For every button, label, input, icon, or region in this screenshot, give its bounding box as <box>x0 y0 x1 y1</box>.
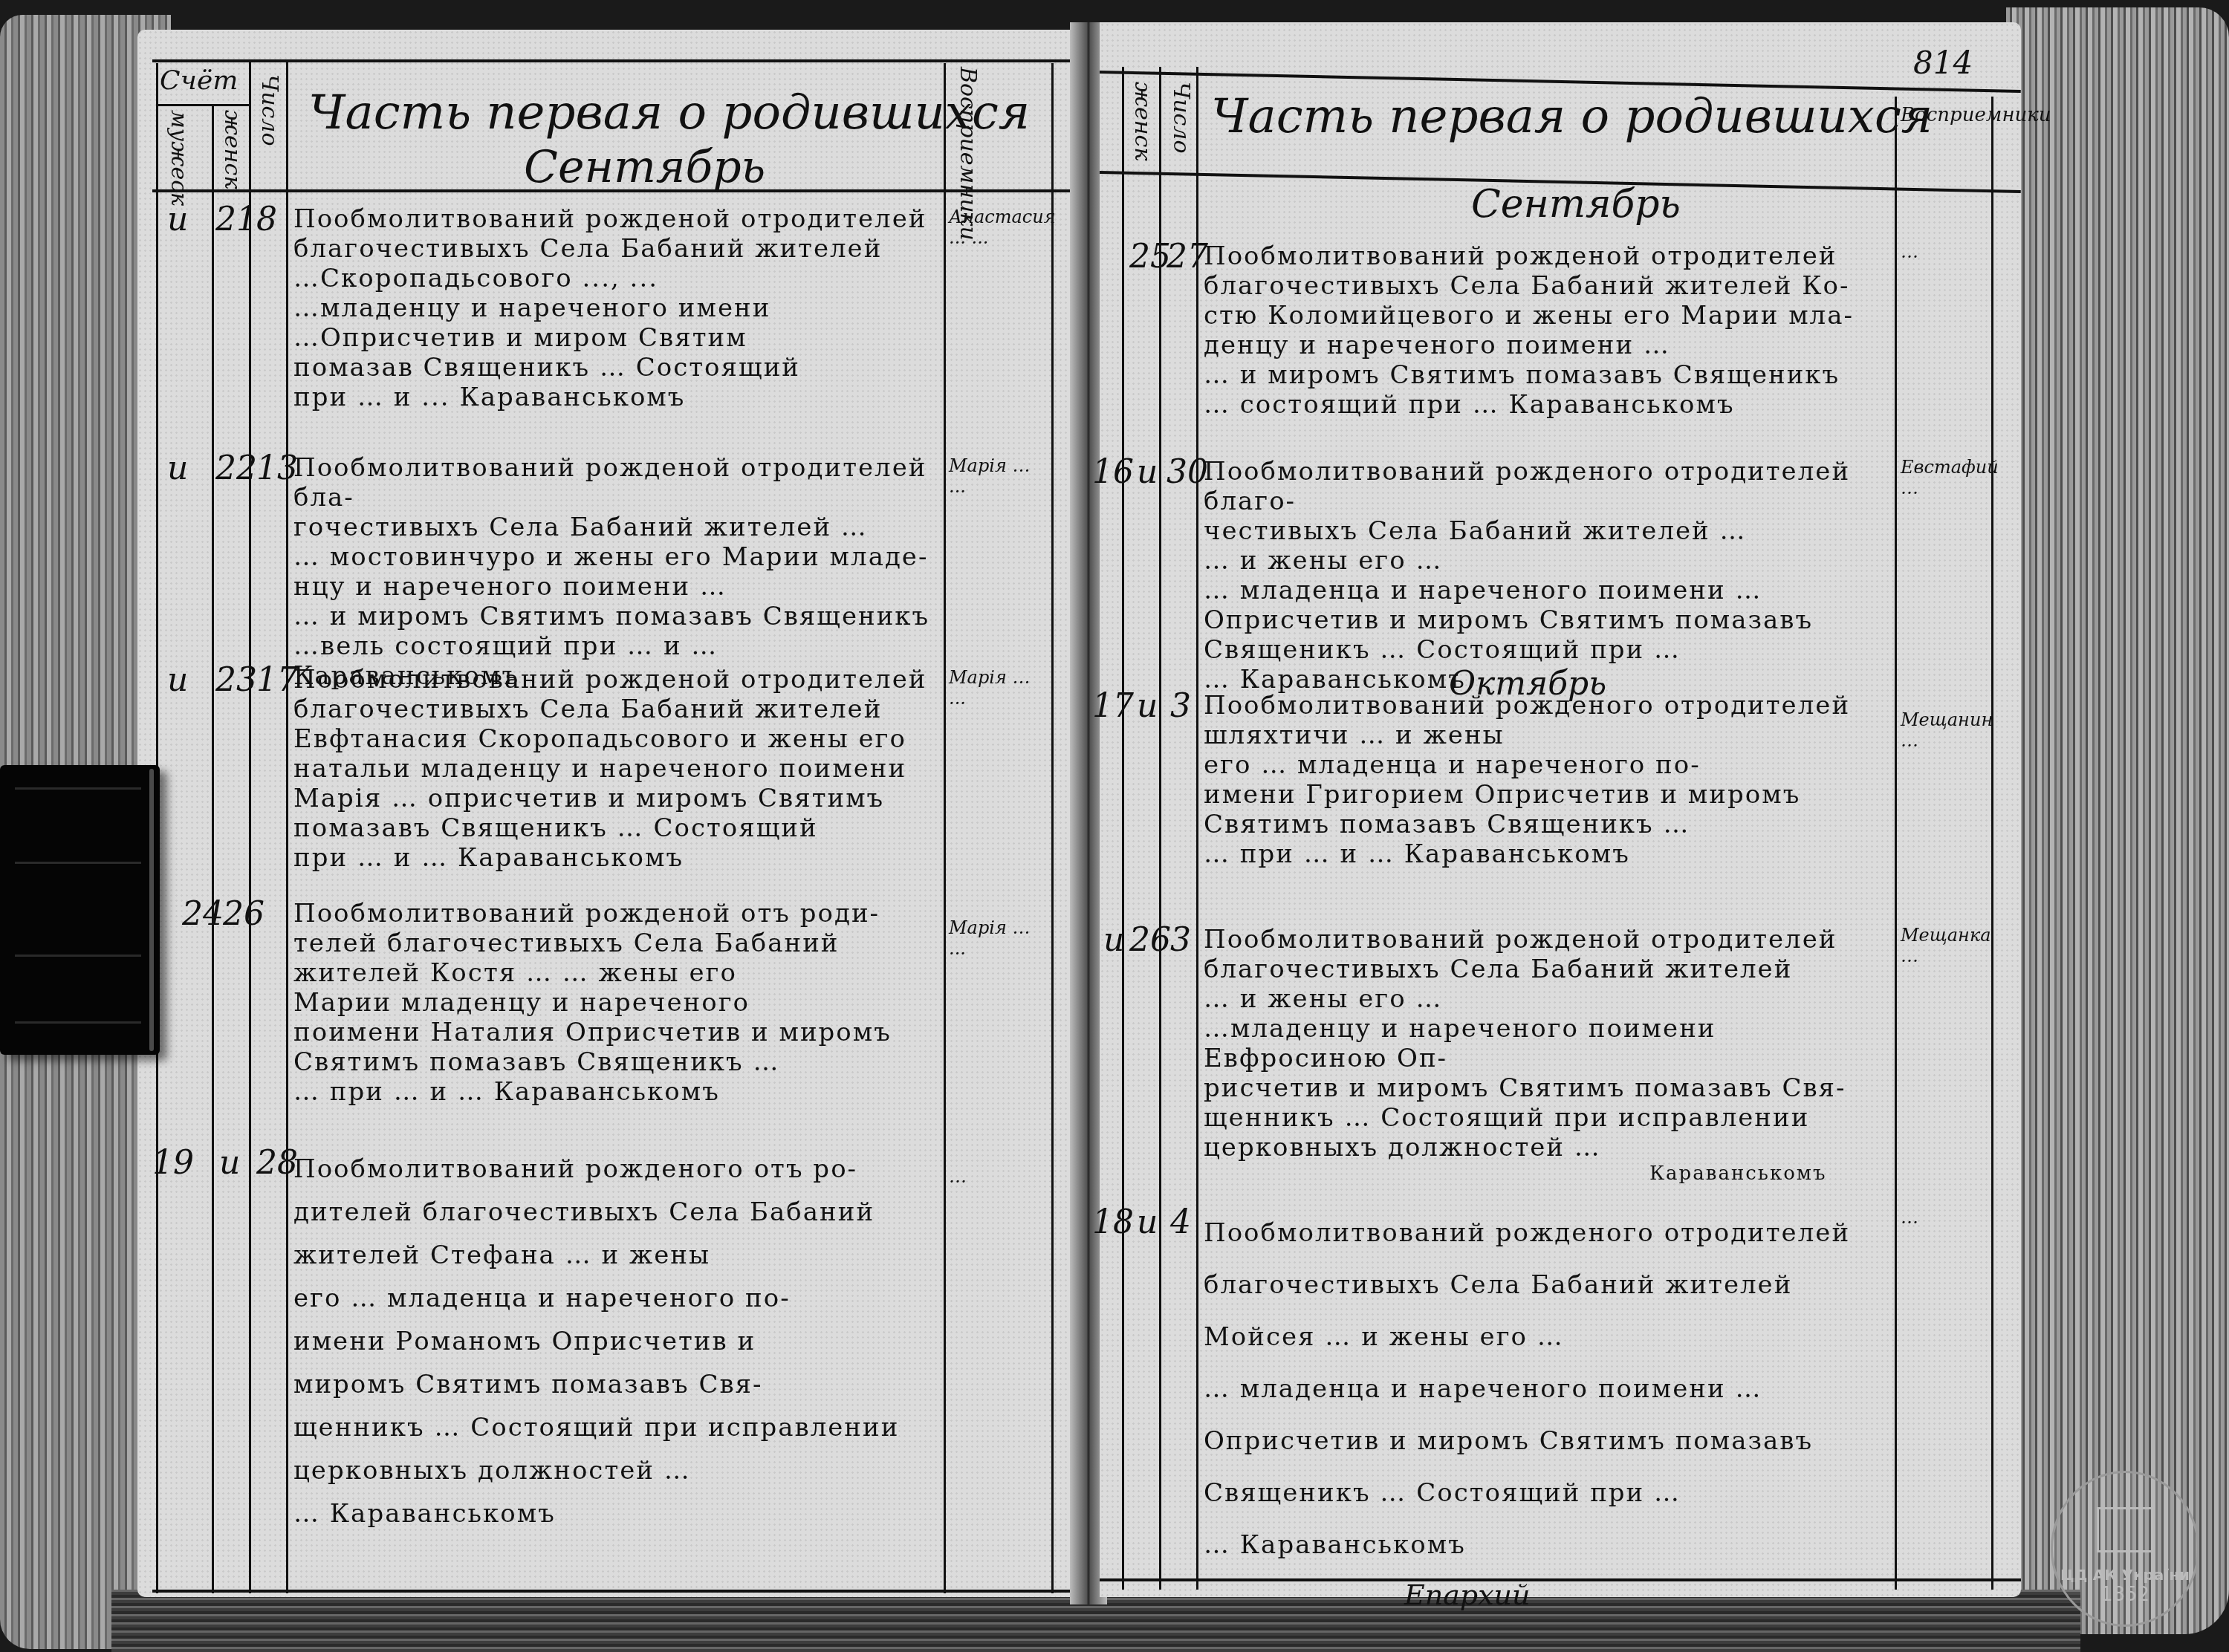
entry-godparents: Евстафий … <box>1901 457 1986 498</box>
month-heading: Сентябрь <box>1471 182 1681 227</box>
register-entry: и 21 8 Пообмолитвований рожденой отродит… <box>137 201 1077 446</box>
archive-stamp: ЦДІАК України 1852 <box>2051 1471 2199 1627</box>
entry-text: Пообмолитвований рожденого отродителей б… <box>1204 1207 1891 1571</box>
entry-godparents: Мещанка … <box>1901 925 1986 966</box>
register-entry: 25 27 Пообмолитвований рожденой отродите… <box>1100 238 2021 453</box>
entry-text: Пообмолитвований рожденой отродителей бл… <box>293 453 940 691</box>
count-header: Счёт <box>160 65 238 96</box>
register-entry: 19 и 28 Пообмолитвований рожденого отъ р… <box>137 1144 1077 1560</box>
page-number: 814 <box>1913 45 1973 81</box>
register-entry: 24 26 Пообмолитвований рожденой отъ роди… <box>137 895 1077 1140</box>
entry-text: Пообмолитвований рожденого отродителей ш… <box>1204 691 1891 869</box>
month-heading: Сентябрь <box>524 141 765 193</box>
page-title: Часть первая о родившихся <box>308 85 1030 140</box>
book-icon <box>2097 1507 2153 1552</box>
col-godparents-header: Восприемники <box>1901 104 1986 126</box>
left-page: Счёт мужеск женск Число Часть первая о р… <box>137 30 1077 1597</box>
register-entry: и 26 3 Пообмолитвований рожденой отродит… <box>1100 921 2021 1174</box>
entry-male-count: и <box>167 201 188 238</box>
entry-text: Пообмолитвований рожденой отродителей бл… <box>1204 241 1891 420</box>
register-entry: 16 и 30 Пообмолитвований рожденого отрод… <box>1100 453 2021 683</box>
entry-female-count: 21 <box>215 201 257 238</box>
col-male-header: мужеск <box>166 110 192 206</box>
register-entry: и 22 13 Пообмолитвований рожденой отроди… <box>137 449 1077 657</box>
register-entry: 18 и 4 Пообмолитвований рожденого отроди… <box>1100 1203 2021 1590</box>
entry-text: Пообмолитвований рожденой отродителей бл… <box>1204 925 1891 1185</box>
entry-text: Пообмолитвований рожденого отъ ро- дител… <box>293 1148 940 1535</box>
entry-text: Пообмолитвований рожденой отъ роди- теле… <box>293 899 940 1107</box>
col-female-header: женск <box>1129 82 1155 160</box>
entry-godparents: Марія … ... <box>949 455 1034 497</box>
col-date-header: Число <box>1168 82 1194 153</box>
book-clasp <box>0 765 160 1055</box>
book-edge-right <box>2006 7 2229 1634</box>
entry-day: 8 <box>256 201 277 238</box>
entry-godparents: … <box>1901 1207 1986 1228</box>
entry-godparents: Марія … ... <box>949 667 1034 709</box>
col-date-header: Число <box>256 74 282 146</box>
page-title: Часть первая о родившихся <box>1211 89 1933 144</box>
entry-text: Пообмолитвований рожденой отродителей бл… <box>293 665 940 873</box>
entry-text: Пообмолитвований рожденого отродителей б… <box>1204 457 1891 695</box>
col-female-header: женск <box>219 110 245 189</box>
footer-note: Епархий <box>1404 1578 1531 1611</box>
entry-godparents: … <box>949 1166 1034 1187</box>
register-entry: и 23 17 Пообмолитвований рожденой отроди… <box>137 661 1077 891</box>
register-entry: 17 и 3 Октябрь Пообмолитвований рожденог… <box>1100 687 2021 910</box>
entry-godparents: … <box>1901 241 1986 262</box>
entry-text: Пообмолитвований рожденой отродителей бл… <box>293 204 940 412</box>
entry-godparents: Анастасия ... ... <box>949 206 1034 248</box>
entry-godparents: Марія … ... <box>949 917 1034 959</box>
right-page: 814 женск Число Часть первая о родившихс… <box>1100 22 2021 1597</box>
entry-godparents: Мещанин … <box>1901 709 1986 751</box>
